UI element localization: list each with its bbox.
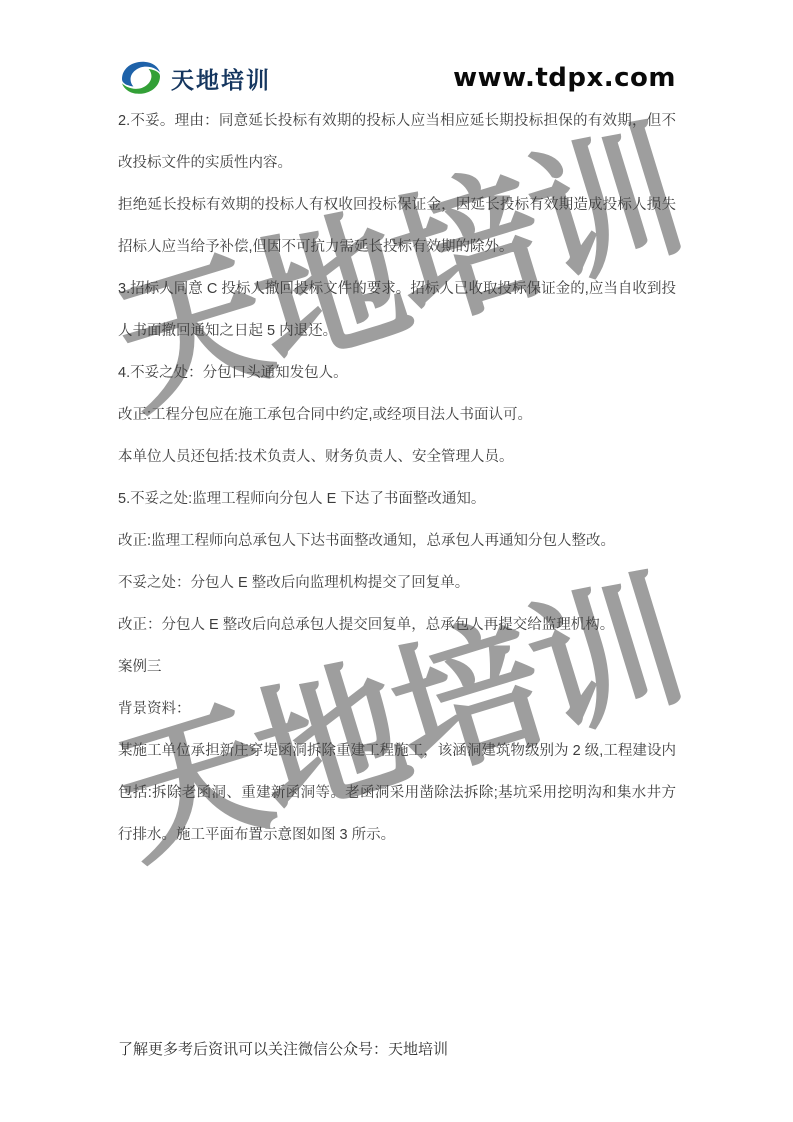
text-line: 本单位人员还包括:技术负责人、财务负责人、安全管理人员。: [118, 436, 676, 478]
text-line: 3.招标人同意 C 投标人撤回投标文件的要求。招标人已收取投标保证金的,应当自收…: [118, 268, 676, 310]
swirl-globe-icon: [118, 59, 164, 97]
text-line: 改正:监理工程师向总承包人下达书面整改通知，总承包人再通知分包人整改。: [118, 520, 676, 562]
text-line: 改正:工程分包应在施工承包合同中约定,或经项目法人书面认可。: [118, 394, 676, 436]
text-line: 案例三: [118, 646, 676, 688]
text-line: 包括:拆除老函洞、重建新函洞等。老函洞采用凿除法拆除;基坑采用挖明沟和集水井方式…: [118, 772, 676, 814]
text-line: 某施工单位承担新庄穿堤函洞拆除重建工程施工，该涵洞建筑物级别为 2 级,工程建设…: [118, 730, 676, 772]
page-header: 天地培训 www.tdpx.com: [118, 54, 676, 102]
text-line: 人书面撤回通知之日起 5 内退还。: [118, 310, 676, 352]
text-line: 2.不妥。理由：同意延长投标有效期的投标人应当相应延长期投标担保的有效期，但不得…: [118, 100, 676, 142]
brand-logo: 天地培训: [118, 59, 271, 97]
text-line: 4.不妥之处：分包口头通知发包人。: [118, 352, 676, 394]
website-text: www.tdpx.com: [453, 63, 676, 93]
text-line: 招标人应当给予补偿,但因不可抗力需延长投标有效期的除外。: [118, 226, 676, 268]
text-line: 不妥之处：分包人 E 整改后向监理机构提交了回复单。: [118, 562, 676, 604]
document-body: 2.不妥。理由：同意延长投标有效期的投标人应当相应延长期投标担保的有效期，但不得…: [118, 100, 676, 856]
footer-note: 了解更多考后资讯可以关注微信公众号：天地培训: [118, 1038, 676, 1059]
text-line: 5.不妥之处:监理工程师向分包人 E 下达了书面整改通知。: [118, 478, 676, 520]
text-line: 改正：分包人 E 整改后向总承包人提交回复单，总承包人再提交给监理机构。: [118, 604, 676, 646]
document-page: 天地培训 天地培训 天地培训 www.tdpx.com 2.不妥。理由：同意延长…: [0, 0, 793, 1122]
brand-name: 天地培训: [171, 62, 271, 95]
text-line: 行排水。施工平面布置示意图如图 3 所示。: [118, 814, 676, 856]
text-line: 背景资料：: [118, 688, 676, 730]
text-line: 改投标文件的实质性内容。: [118, 142, 676, 184]
text-line: 拒绝延长投标有效期的投标人有权收回投标保证金，因延长投标有效期造成投标人损失的，: [118, 184, 676, 226]
